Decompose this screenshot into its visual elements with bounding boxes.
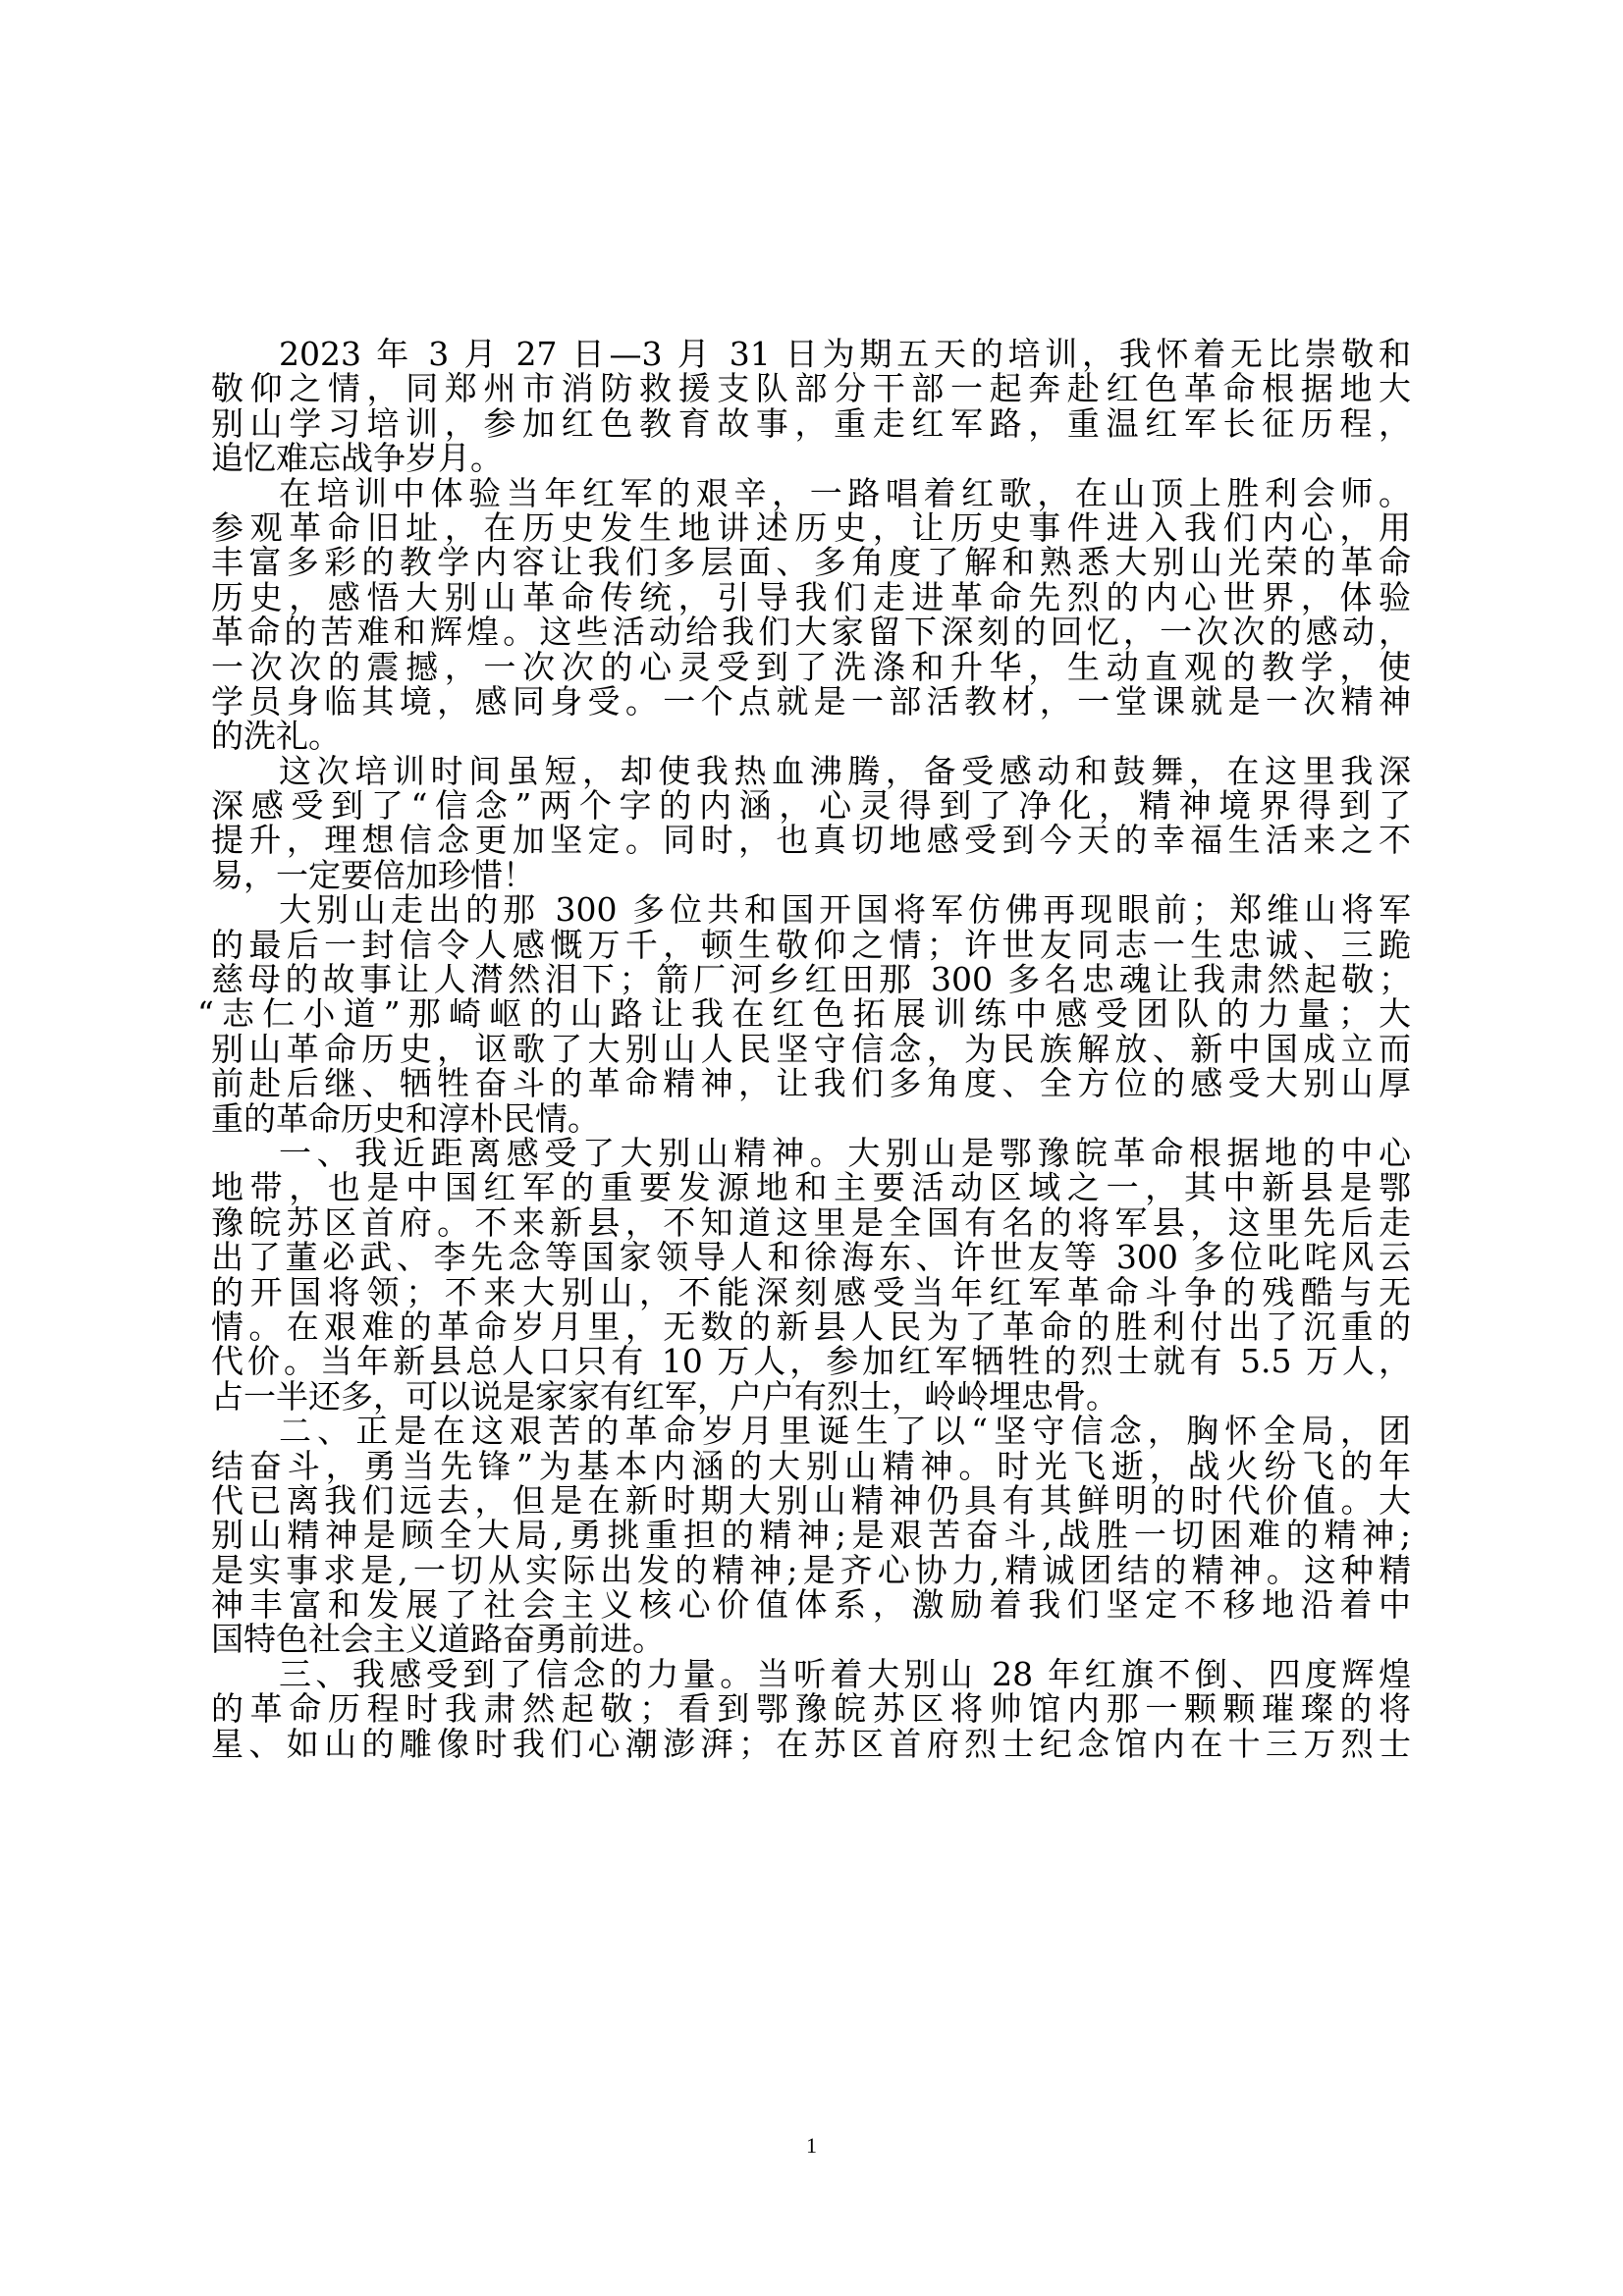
text-line: 的革命历程时我肃然起敬；看到鄂豫皖苏区将帅馆内那一颗颗璀璨的将	[211, 1691, 1411, 1726]
text-line: 敬仰之情，同郑州市消防救援支队部分干部一起奔赴红色革命根据地大	[211, 371, 1411, 405]
paragraph-1: 2023 年 3 月 27 日—3 月 31 日为期五天的培训，我怀着无比崇敬和…	[211, 337, 1411, 476]
text-line: 结奋斗，勇当先锋”为基本内涵的大别山精神。时光飞逝，战火纷飞的年	[211, 1449, 1411, 1483]
text-line: “志仁小道”那崎岖的山路让我在红色拓展训练中感受团队的力量；大	[197, 996, 1411, 1031]
text-line: 历史，感悟大别山革命传统，引导我们走进革命先烈的内心世界，体验	[211, 580, 1411, 614]
text-line: 别山精神是顾全大局,勇挑重担的精神;是艰苦奋斗,战胜一切困难的精神;	[211, 1518, 1411, 1552]
text-line: 丰富多彩的教学内容让我们多层面、多角度了解和熟悉大别山光荣的革命	[211, 545, 1411, 579]
paragraph-7: 三、我感受到了信念的力量。当听着大别山 28 年红旗不倒、四度辉煌 的革命历程时…	[211, 1657, 1411, 1761]
paragraph-5: 一、我近距离感受了大别山精神。大别山是鄂豫皖革命根据地的中心 地带，也是中国红军…	[211, 1136, 1411, 1414]
text-line: 地带，也是中国红军的重要发源地和主要活动区域之一，其中新县是鄂	[211, 1170, 1411, 1204]
text-line: 追忆难忘战争岁月。	[211, 441, 1411, 475]
text-line: 是实事求是,一切从实际出发的精神;是齐心协力,精诚团结的精神。这种精	[211, 1553, 1411, 1587]
text-line: 别山革命历史，讴歌了大别山人民坚守信念，为民族解放、新中国成立而	[211, 1032, 1411, 1066]
text-line: 在培训中体验当年红军的艰辛，一路唱着红歌，在山顶上胜利会师。	[211, 476, 1411, 510]
text-line: 国特色社会主义道路奋勇前进。	[211, 1622, 1411, 1656]
document-body: 2023 年 3 月 27 日—3 月 31 日为期五天的培训，我怀着无比崇敬和…	[211, 337, 1411, 1761]
page-number: 1	[0, 2133, 1623, 2159]
paragraph-2: 在培训中体验当年红军的艰辛，一路唱着红歌，在山顶上胜利会师。 参观革命旧址，在历…	[211, 476, 1411, 754]
text-line: 这次培训时间虽短，却使我热血沸腾，备受感动和鼓舞，在这里我深	[211, 754, 1411, 788]
text-line: 豫皖苏区首府。不来新县，不知道这里是全国有名的将军县，这里先后走	[211, 1205, 1411, 1240]
paragraph-3: 这次培训时间虽短，却使我热血沸腾，备受感动和鼓舞，在这里我深 深感受到了“信念”…	[211, 754, 1411, 893]
text-line: 一次次的震撼，一次次的心灵受到了洗涤和升华，生动直观的教学，使	[211, 650, 1411, 684]
text-line: 神丰富和发展了社会主义核心价值体系，激励着我们坚定不移地沿着中	[211, 1587, 1411, 1622]
text-line: 重的革命历史和淳朴民情。	[211, 1101, 1411, 1136]
text-line: 三、我感受到了信念的力量。当听着大别山 28 年红旗不倒、四度辉煌	[211, 1657, 1411, 1691]
text-line: 星、如山的雕像时我们心潮澎湃；在苏区首府烈士纪念馆内在十三万烈士	[211, 1727, 1411, 1761]
paragraph-4: 大别山走出的那 300 多位共和国开国将军仿佛再现眼前；郑维山将军 的最后一封信…	[211, 892, 1411, 1136]
text-line: 慈母的故事让人潸然泪下；箭厂河乡红田那 300 多名忠魂让我肃然起敬；	[211, 962, 1411, 996]
text-line: 前赴后继、牺牲奋斗的革命精神，让我们多角度、全方位的感受大别山厚	[211, 1066, 1411, 1100]
text-line: 别山学习培训，参加红色教育故事，重走红军路，重温红军长征历程，	[211, 406, 1411, 441]
text-line: 二、正是在这艰苦的革命岁月里诞生了以“坚守信念，胸怀全局，团	[211, 1414, 1411, 1448]
text-line: 占一半还多，可以说是家家有红军，户户有烈士，岭岭埋忠骨。	[211, 1379, 1411, 1414]
text-line: 代已离我们远去，但是在新时期大别山精神仍具有其鲜明的时代价值。大	[211, 1483, 1411, 1518]
document-page: 2023 年 3 月 27 日—3 月 31 日为期五天的培训，我怀着无比崇敬和…	[0, 0, 1623, 2296]
text-line: 的最后一封信令人感慨万千，顿生敬仰之情；许世友同志一生忠诚、三跪	[211, 928, 1411, 962]
text-line: 提升，理想信念更加坚定。同时，也真切地感受到今天的幸福生活来之不	[211, 823, 1411, 857]
text-line: 的开国将领；不来大别山，不能深刻感受当年红军革命斗争的残酷与无	[211, 1275, 1411, 1309]
text-line: 革命的苦难和辉煌。这些活动给我们大家留下深刻的回忆，一次次的感动，	[211, 614, 1411, 649]
text-line: 学员身临其境，感同身受。一个点就是一部活教材，一堂课就是一次精神	[211, 684, 1411, 719]
text-line: 的洗礼。	[211, 719, 1411, 753]
text-line: 代价。当年新县总人口只有 10 万人，参加红军牺牲的烈士就有 5.5 万人，	[211, 1344, 1411, 1378]
text-line: 一、我近距离感受了大别山精神。大别山是鄂豫皖革命根据地的中心	[211, 1136, 1411, 1170]
text-line: 2023 年 3 月 27 日—3 月 31 日为期五天的培训，我怀着无比崇敬和	[211, 337, 1411, 371]
text-line: 情。在艰难的革命岁月里，无数的新县人民为了革命的胜利付出了沉重的	[211, 1309, 1411, 1344]
paragraph-6: 二、正是在这艰苦的革命岁月里诞生了以“坚守信念，胸怀全局，团 结奋斗，勇当先锋”…	[211, 1414, 1411, 1657]
text-line: 大别山走出的那 300 多位共和国开国将军仿佛再现眼前；郑维山将军	[211, 892, 1411, 927]
text-line: 参观革命旧址，在历史发生地讲述历史，让历史事件进入我们内心，用	[211, 510, 1411, 545]
text-line: 出了董必武、李先念等国家领导人和徐海东、许世友等 300 多位叱咤风云	[211, 1240, 1411, 1274]
text-line: 易，一定要倍加珍惜！	[211, 858, 1411, 892]
text-line: 深感受到了“信念”两个字的内涵，心灵得到了净化，精神境界得到了	[211, 788, 1411, 823]
